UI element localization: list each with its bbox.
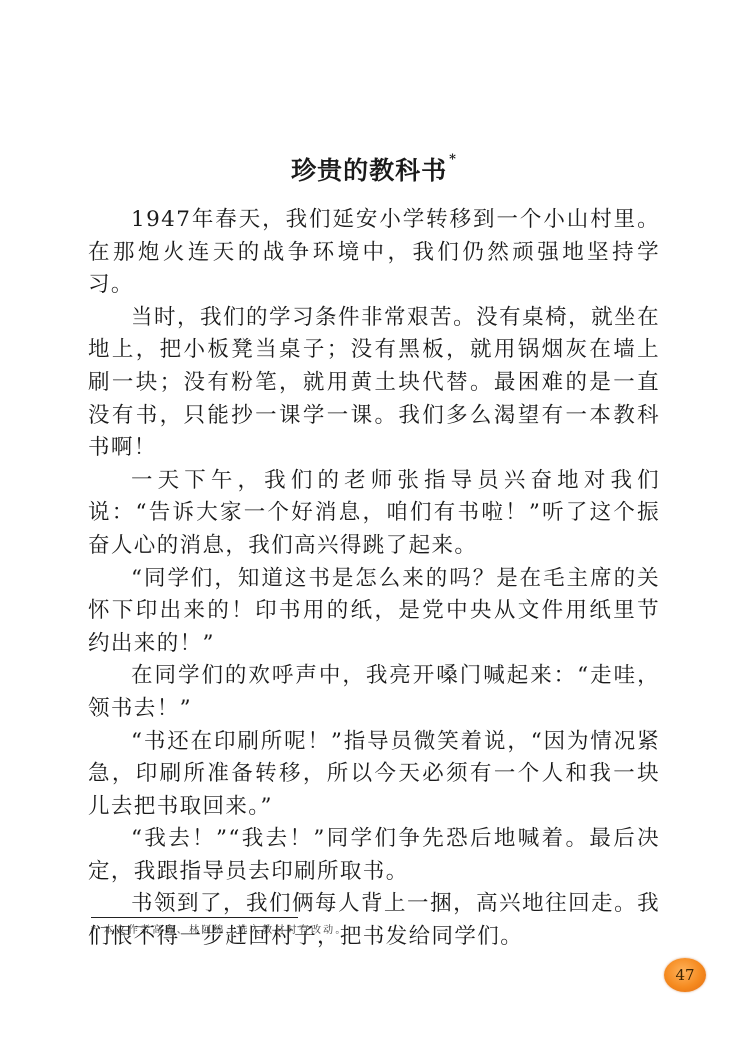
article-body: 1947年春天，我们延安小学转移到一个小山村里。在那炮火连天的战争环境中，我们仍… <box>88 204 660 954</box>
page-title: 珍贵的教科书* <box>0 151 748 187</box>
paragraph: 1947年春天，我们延安小学转移到一个小山村里。在那炮火连天的战争环境中，我们仍… <box>88 204 660 302</box>
paragraph: 当时，我们的学习条件非常艰苦。没有桌椅，就坐在地上，把小板凳当桌子；没有黑板，就… <box>88 302 660 465</box>
paragraph: 一天下午，我们的老师张指导员兴奋地对我们说：“告诉大家一个好消息，咱们有书啦！”… <box>88 465 660 563</box>
footnote-marker: * <box>449 152 457 167</box>
footnote-divider <box>91 917 298 918</box>
title-text: 珍贵的教科书 <box>291 156 447 185</box>
page-number: 47 <box>675 966 694 984</box>
paragraph: “书还在印刷所呢！”指导员微笑着说，“因为情况紧急，印刷所准备转移，所以今天必须… <box>88 726 660 824</box>
footnote: * 本文作者高鑫、林阿绵，选入教材时有改动。 <box>91 921 348 936</box>
page-number-badge: 47 <box>664 958 706 992</box>
paragraph: “同学们，知道这书是怎么来的吗？是在毛主席的关怀下印出来的！印书用的纸，是党中央… <box>88 563 660 661</box>
paragraph: “我去！”“我去！”同学们争先恐后地喊着。最后决定，我跟指导员去印刷所取书。 <box>88 823 660 888</box>
paragraph: 在同学们的欢呼声中，我亮开嗓门喊起来：“走哇，领书去！” <box>88 660 660 725</box>
